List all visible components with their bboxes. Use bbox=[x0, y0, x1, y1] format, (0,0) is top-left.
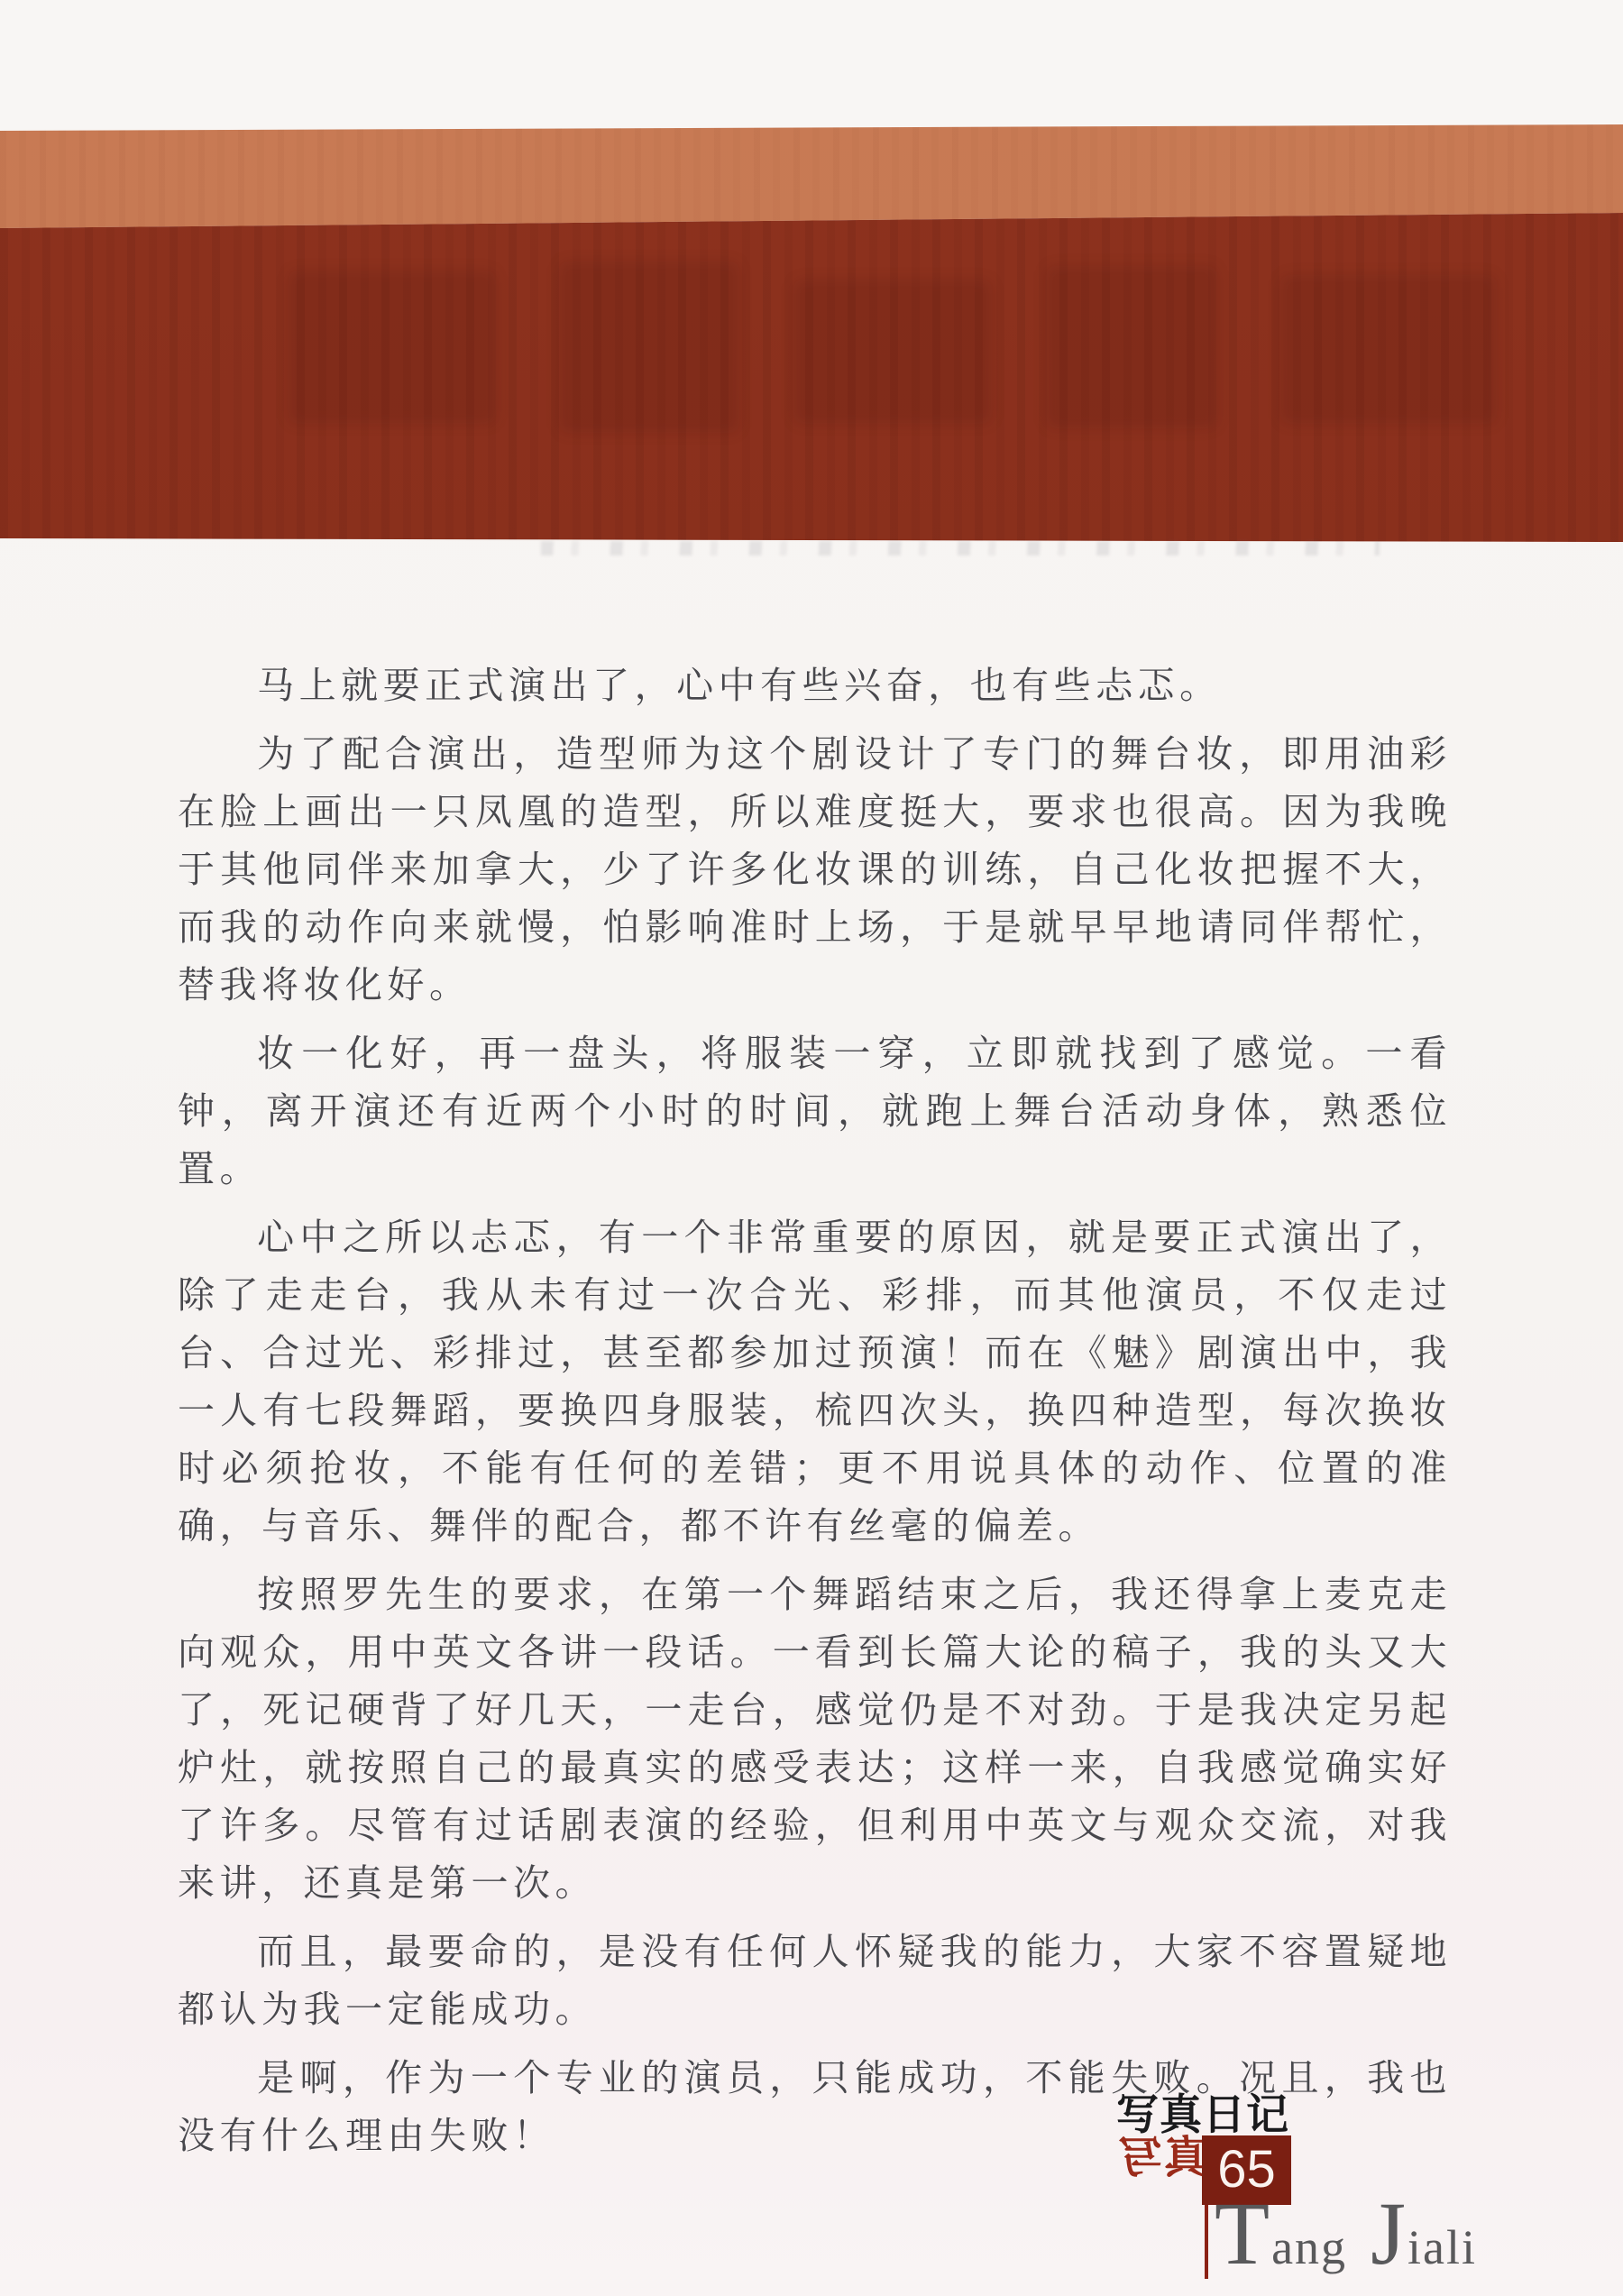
author-name: TangJiali bbox=[1215, 2189, 1477, 2279]
pencil-smudge bbox=[541, 541, 1380, 556]
paragraph: 马上就要正式演出了，心中有些兴奋，也有些忐忑。 bbox=[178, 657, 1452, 714]
body-text: 马上就要正式演出了，心中有些兴奋，也有些忐忑。 为了配合演出，造型师为这个剧设计… bbox=[178, 657, 1452, 2175]
author-first-initial: T bbox=[1215, 2183, 1271, 2283]
scanned-book-page: 马上就要正式演出了，心中有些兴奋，也有些忐忑。 为了配合演出，造型师为这个剧设计… bbox=[0, 0, 1623, 2296]
paragraph: 妆一化好，再一盘头，将服装一穿，立即就找到了感觉。一看钟，离开演还有近两个小时的… bbox=[178, 1024, 1452, 1198]
author-last-initial: J bbox=[1371, 2183, 1408, 2283]
banner-ghost-texture bbox=[559, 262, 739, 433]
paragraph: 心中之所以忐忑，有一个非常重要的原因，就是要正式演出了，除了走走台，我从未有过一… bbox=[178, 1208, 1452, 1555]
badge-tail-line bbox=[1205, 2205, 1208, 2279]
mirrored-wordmark: 写真 bbox=[1116, 2136, 1208, 2181]
banner-ghost-texture bbox=[1046, 266, 1217, 428]
paragraph: 而且，最要命的，是没有任何人怀疑我的能力，大家不容置疑地都认为我一定能成功。 bbox=[178, 1923, 1452, 2038]
series-title: 写真日记 bbox=[1116, 2093, 1289, 2135]
paragraph: 为了配合演出，造型师为这个剧设计了专门的舞台妆，即用油彩在脸上画出一只凤凰的造型… bbox=[178, 725, 1452, 1014]
author-last-rest: iali bbox=[1408, 2220, 1477, 2274]
banner-ghost-texture bbox=[1280, 275, 1497, 424]
paragraph: 按照罗先生的要求，在第一个舞蹈结束之后，我还得拿上麦克走向观众，用中英文各讲一段… bbox=[178, 1566, 1452, 1912]
author-first-rest: ang bbox=[1271, 2220, 1347, 2274]
banner-ghost-texture bbox=[793, 280, 992, 424]
banner-ghost-texture bbox=[289, 271, 496, 424]
